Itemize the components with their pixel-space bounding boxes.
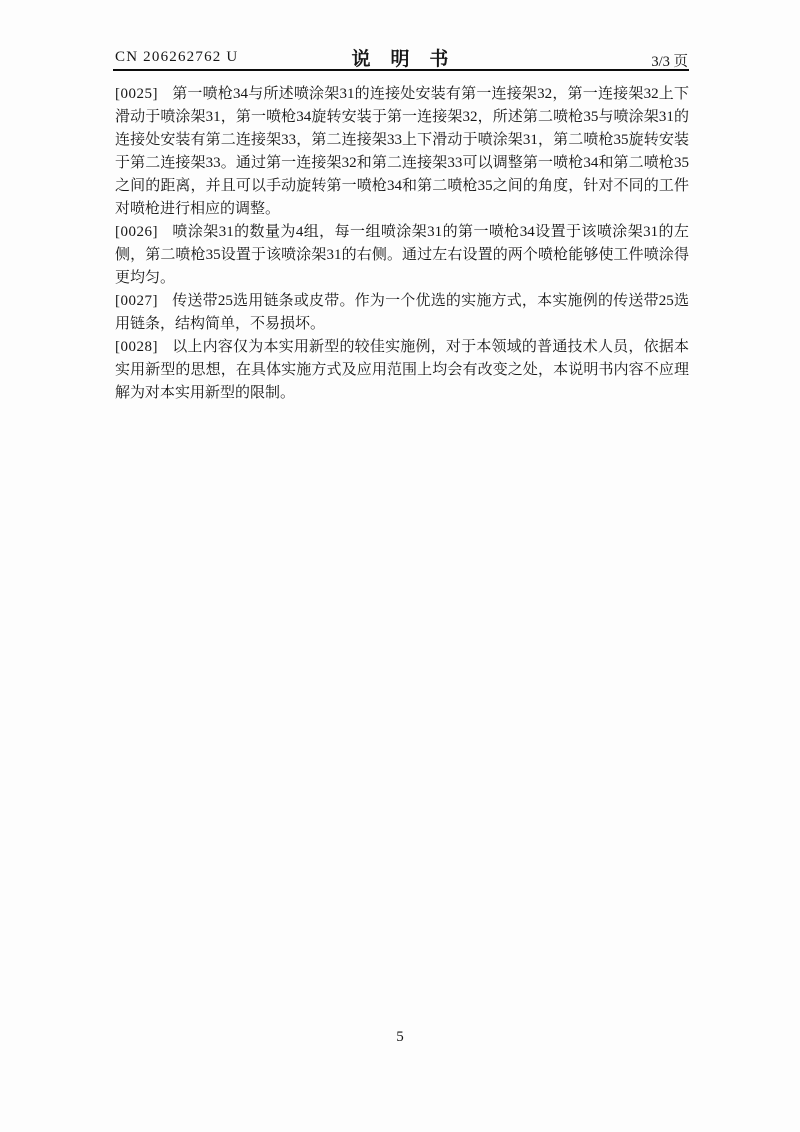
paragraph-label: [0027]	[115, 290, 172, 313]
paragraph-text: 喷涂架31的数量为4组，每一组喷涂架31的第一喷枪34设置于该喷涂架31的左侧，…	[115, 224, 689, 286]
page-number: 5	[396, 1029, 404, 1045]
paragraph-0028: [0028]以上内容仅为本实用新型的较佳实施例，对于本领域的普通技术人员，依据本…	[115, 336, 689, 405]
page-indicator: 3/3 页	[651, 50, 688, 71]
paragraph-text: 传送带25选用链条或皮带。作为一个优选的实施方式，本实施例的传送带25选用链条，…	[115, 293, 689, 332]
paragraph-text: 第一喷枪34与所述喷涂架31的连接处安装有第一连接架32，第一连接架32上下滑动…	[115, 86, 689, 217]
paragraph-label: [0026]	[115, 221, 172, 244]
paragraph-label: [0025]	[115, 83, 172, 106]
paragraph-text: 以上内容仅为本实用新型的较佳实施例，对于本领域的普通技术人员，依据本实用新型的思…	[115, 339, 689, 401]
header-divider-rule	[113, 69, 689, 71]
paragraph-label: [0028]	[115, 336, 172, 359]
paragraph-0026: [0026]喷涂架31的数量为4组，每一组喷涂架31的第一喷枪34设置于该喷涂架…	[115, 221, 689, 290]
specification-body: [0025]第一喷枪34与所述喷涂架31的连接处安装有第一连接架32，第一连接架…	[115, 83, 689, 405]
paragraph-0025: [0025]第一喷枪34与所述喷涂架31的连接处安装有第一连接架32，第一连接架…	[115, 83, 689, 221]
page-footer: 5	[0, 1029, 800, 1046]
patent-specification-page: CN 206262762 U 说明书 3/3 页 [0025]第一喷枪34与所述…	[0, 0, 800, 1132]
paragraph-0027: [0027]传送带25选用链条或皮带。作为一个优选的实施方式，本实施例的传送带2…	[115, 290, 689, 336]
